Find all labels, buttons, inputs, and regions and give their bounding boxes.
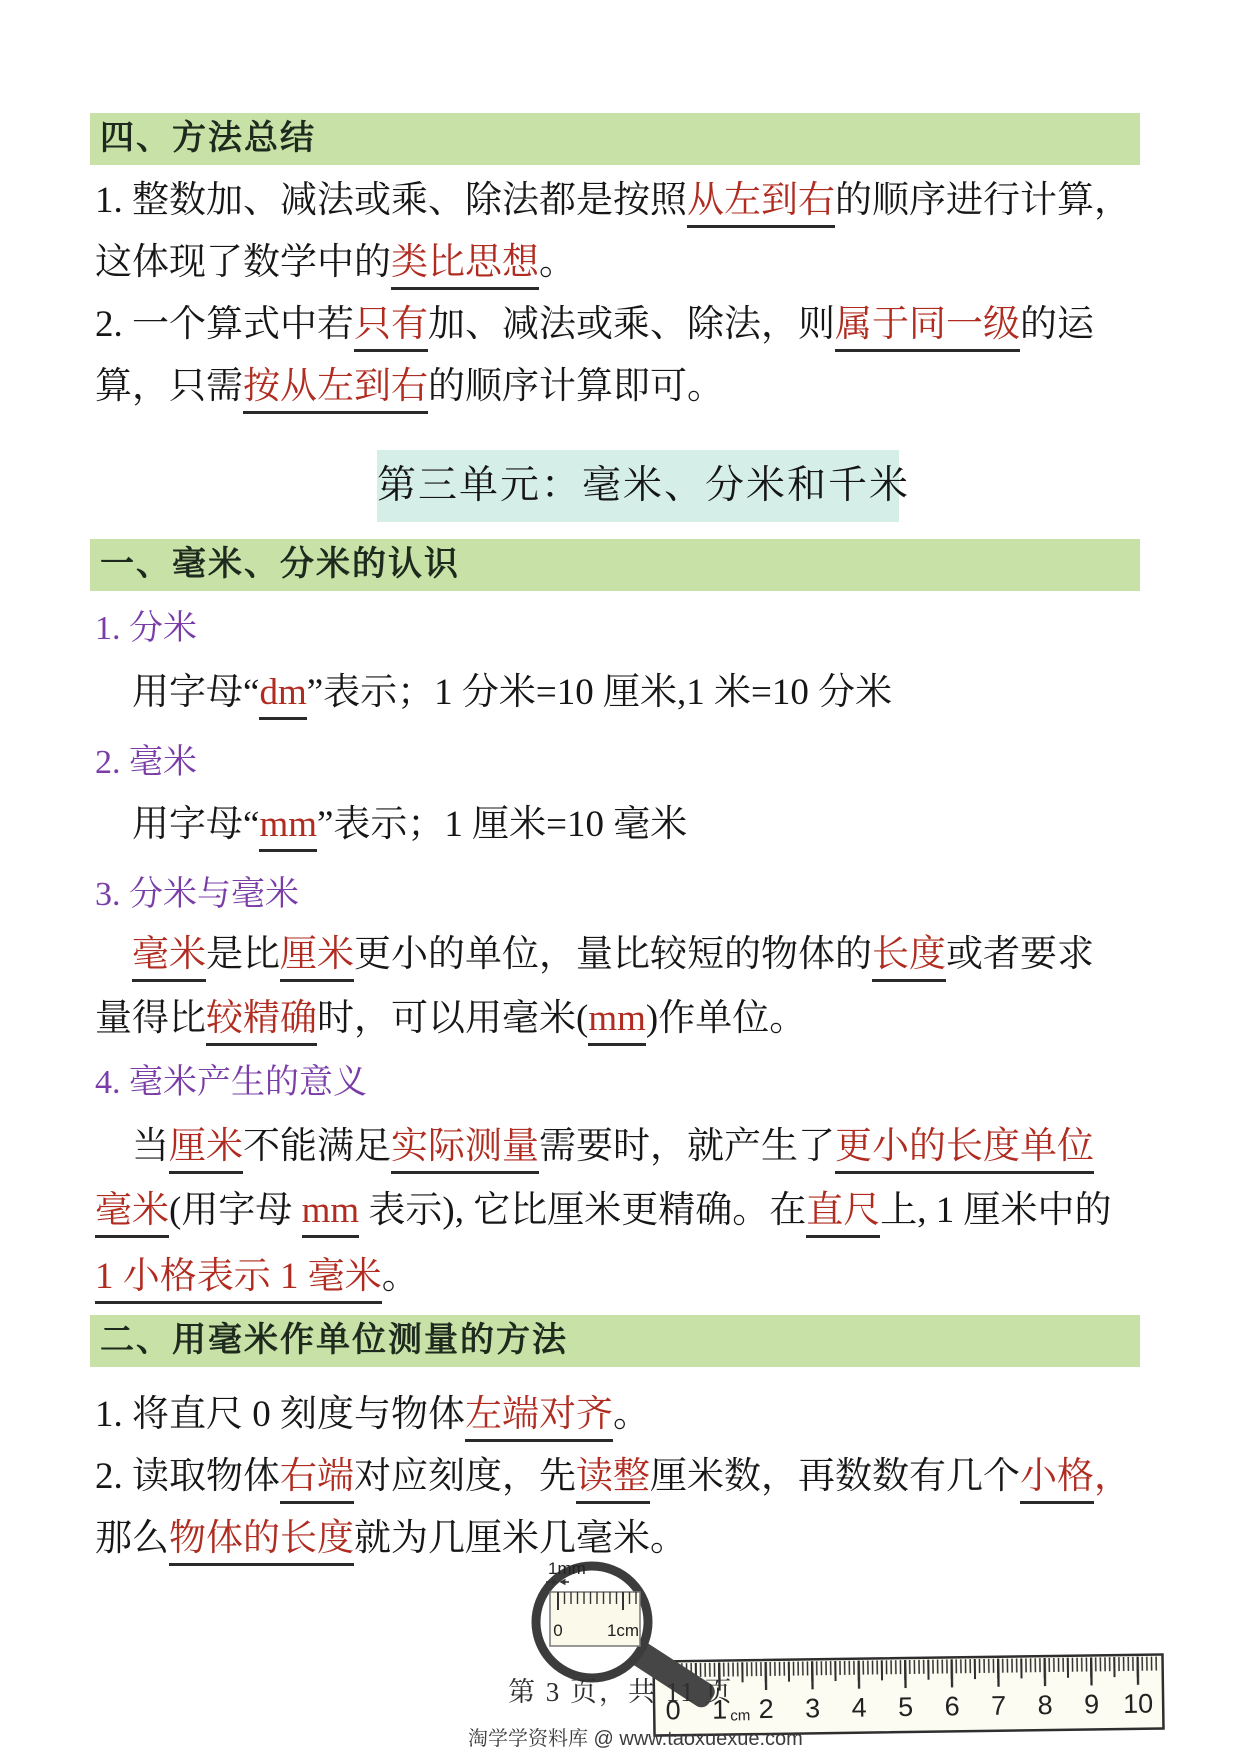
- ruler-number: 7: [991, 1691, 1006, 1721]
- highlight-segment: 右端: [280, 1456, 354, 1504]
- text-line: 量得比较精确时，可以用毫米(mm)作单位。: [95, 994, 806, 1044]
- text-line: 毫米是比厘米更小的单位，量比较短的物体的长度或者要求: [132, 930, 1094, 980]
- highlight-segment: mm: [302, 1190, 360, 1238]
- numbered-item-label: 3. 分米与毫米: [95, 872, 299, 918]
- text-line: 2. 读取物体右端对应刻度，先读整厘米数，再数数有几个小格，: [95, 1452, 1131, 1502]
- text-segment: 的顺序计算即可。: [428, 366, 724, 407]
- highlight-segment: 只有: [354, 304, 428, 352]
- text-segment: 时，可以用毫米(: [317, 998, 588, 1039]
- text-line: 这体现了数学中的类比思想。: [95, 238, 576, 288]
- highlight-segment: mm: [588, 998, 646, 1046]
- numbered-item-label: 2. 毫米: [95, 740, 197, 786]
- highlight-segment: 毫米: [95, 1190, 169, 1238]
- numbered-item-label: 1. 分米: [95, 606, 197, 652]
- highlight-segment: 读整: [576, 1456, 650, 1504]
- text-segment: 更小的单位，量比较短的物体的: [354, 934, 872, 975]
- text-line: 1. 整数加、减法或乘、除法都是按照从左到右的顺序进行计算，: [95, 176, 1131, 226]
- text-segment: 1. 整数加、减法或乘、除法都是按照: [95, 180, 687, 221]
- highlight-segment: 毫米: [132, 934, 206, 982]
- text-segment: 。: [382, 1256, 419, 1297]
- text-line: 毫米(用字母 mm 表示), 它比厘米更精确。在直尺上, 1 厘米中的: [95, 1186, 1111, 1236]
- highlight-segment: 较精确: [206, 998, 317, 1046]
- text-segment: 用字母“: [132, 804, 259, 845]
- highlight-segment: 直尺: [806, 1190, 880, 1238]
- text-segment: 需要时，就产生了: [539, 1126, 835, 1167]
- unit-title: 第三单元：毫米、分米和千米: [377, 450, 899, 522]
- text-segment: 那么: [95, 1518, 169, 1559]
- text-line: 2. 一个算式中若只有加、减法或乘、除法，则属于同一级的运: [95, 300, 1094, 350]
- section-header-methods: 四、方法总结: [90, 113, 1140, 165]
- ruler-number: 10: [1123, 1689, 1153, 1719]
- highlight-segment: 类比思想: [391, 242, 539, 290]
- highlight-segment: 物体的长度: [169, 1518, 354, 1566]
- text-line: 1 小格表示 1 毫米。: [95, 1252, 419, 1302]
- text-segment: 用字母“: [132, 672, 259, 713]
- text-segment: 2. 一个算式中若: [95, 304, 354, 345]
- text-segment: 。: [539, 242, 576, 283]
- text-segment: 厘米数，再数数有几个: [650, 1456, 1020, 1497]
- mag-label-1mm: 1mm: [548, 1559, 586, 1578]
- highlight-segment: 厘米: [280, 934, 354, 982]
- text-line: 用字母“dm”表示；1 分米=10 厘米,1 米=10 分米: [132, 668, 892, 718]
- text-line: 1. 将直尺 0 刻度与物体左端对齐。: [95, 1390, 650, 1440]
- section-header-knowledge: 一、毫米、分米的认识: [90, 539, 1140, 591]
- text-line: 当厘米不能满足实际测量需要时，就产生了更小的长度单位: [132, 1122, 1094, 1172]
- text-segment: )作单位。: [646, 998, 806, 1039]
- mag-label-1cm: 1cm: [607, 1621, 639, 1640]
- text-segment: 上, 1 厘米中的: [880, 1190, 1111, 1231]
- text-segment: 2. 读取物体: [95, 1456, 280, 1497]
- ruler-number: 8: [1037, 1690, 1052, 1720]
- highlight-segment: 左端对齐: [465, 1394, 613, 1442]
- ruler-number: 4: [851, 1693, 866, 1723]
- text-segment: (用字母: [169, 1190, 302, 1231]
- text-segment: 1. 将直尺 0 刻度与物体: [95, 1394, 465, 1435]
- section-header-measure: 二、用毫米作单位测量的方法: [90, 1315, 1140, 1367]
- highlight-segment: ，: [1094, 1456, 1131, 1497]
- ruler-number: 3: [805, 1693, 820, 1723]
- page-number: 第 3 页，共 11 页: [508, 1670, 734, 1709]
- text-segment: 算，只需: [95, 366, 243, 407]
- text-segment: 或者要求: [946, 934, 1094, 975]
- highlight-segment: 厘米: [169, 1126, 243, 1174]
- highlight-segment: 小格: [1020, 1456, 1094, 1504]
- highlight-segment: 属于同一级: [835, 304, 1020, 352]
- text-segment: 。: [613, 1394, 650, 1435]
- text-segment: 不能满足: [243, 1126, 391, 1167]
- text-segment: ”表示；1 厘米=10 毫米: [317, 804, 687, 845]
- highlight-segment: dm: [259, 672, 306, 720]
- mag-label-0: 0: [553, 1621, 562, 1640]
- text-segment: 当: [132, 1126, 169, 1167]
- highlight-segment: 实际测量: [391, 1126, 539, 1174]
- text-line: 用字母“mm”表示；1 厘米=10 毫米: [132, 800, 687, 850]
- text-segment: 量得比: [95, 998, 206, 1039]
- highlight-segment: 长度: [872, 934, 946, 982]
- text-segment: 加、减法或乘、除法，则: [428, 304, 835, 345]
- text-segment: 是比: [206, 934, 280, 975]
- text-segment: 表示), 它比厘米更精确。在: [359, 1190, 806, 1231]
- ruler-number: 5: [898, 1692, 913, 1722]
- watermark: 淘学学资料库 @ www.taoxuexue.com: [468, 1722, 803, 1751]
- highlight-segment: 从左到右: [687, 180, 835, 228]
- highlight-segment: 更小的长度单位: [835, 1126, 1094, 1174]
- document-page: 四、方法总结 1. 整数加、减法或乘、除法都是按照从左到右的顺序进行计算， 这体…: [0, 0, 1240, 1753]
- numbered-item-label: 4. 毫米产生的意义: [95, 1060, 367, 1106]
- ruler-number: 6: [944, 1691, 959, 1721]
- ruler-number: 2: [758, 1694, 773, 1724]
- ruler-number: 9: [1084, 1689, 1099, 1719]
- text-segment: ”表示；1 分米=10 厘米,1 米=10 分米: [307, 672, 892, 713]
- text-segment: 这体现了数学中的: [95, 242, 391, 283]
- text-segment: 的运: [1020, 304, 1094, 345]
- highlight-segment: 按从左到右: [243, 366, 428, 414]
- text-line: 算，只需按从左到右的顺序计算即可。: [95, 362, 724, 412]
- highlight-segment: mm: [259, 804, 317, 852]
- text-segment: 对应刻度，先: [354, 1456, 576, 1497]
- text-segment: 的顺序进行计算，: [835, 180, 1131, 221]
- highlight-segment: 1 小格表示 1 毫米: [95, 1256, 382, 1304]
